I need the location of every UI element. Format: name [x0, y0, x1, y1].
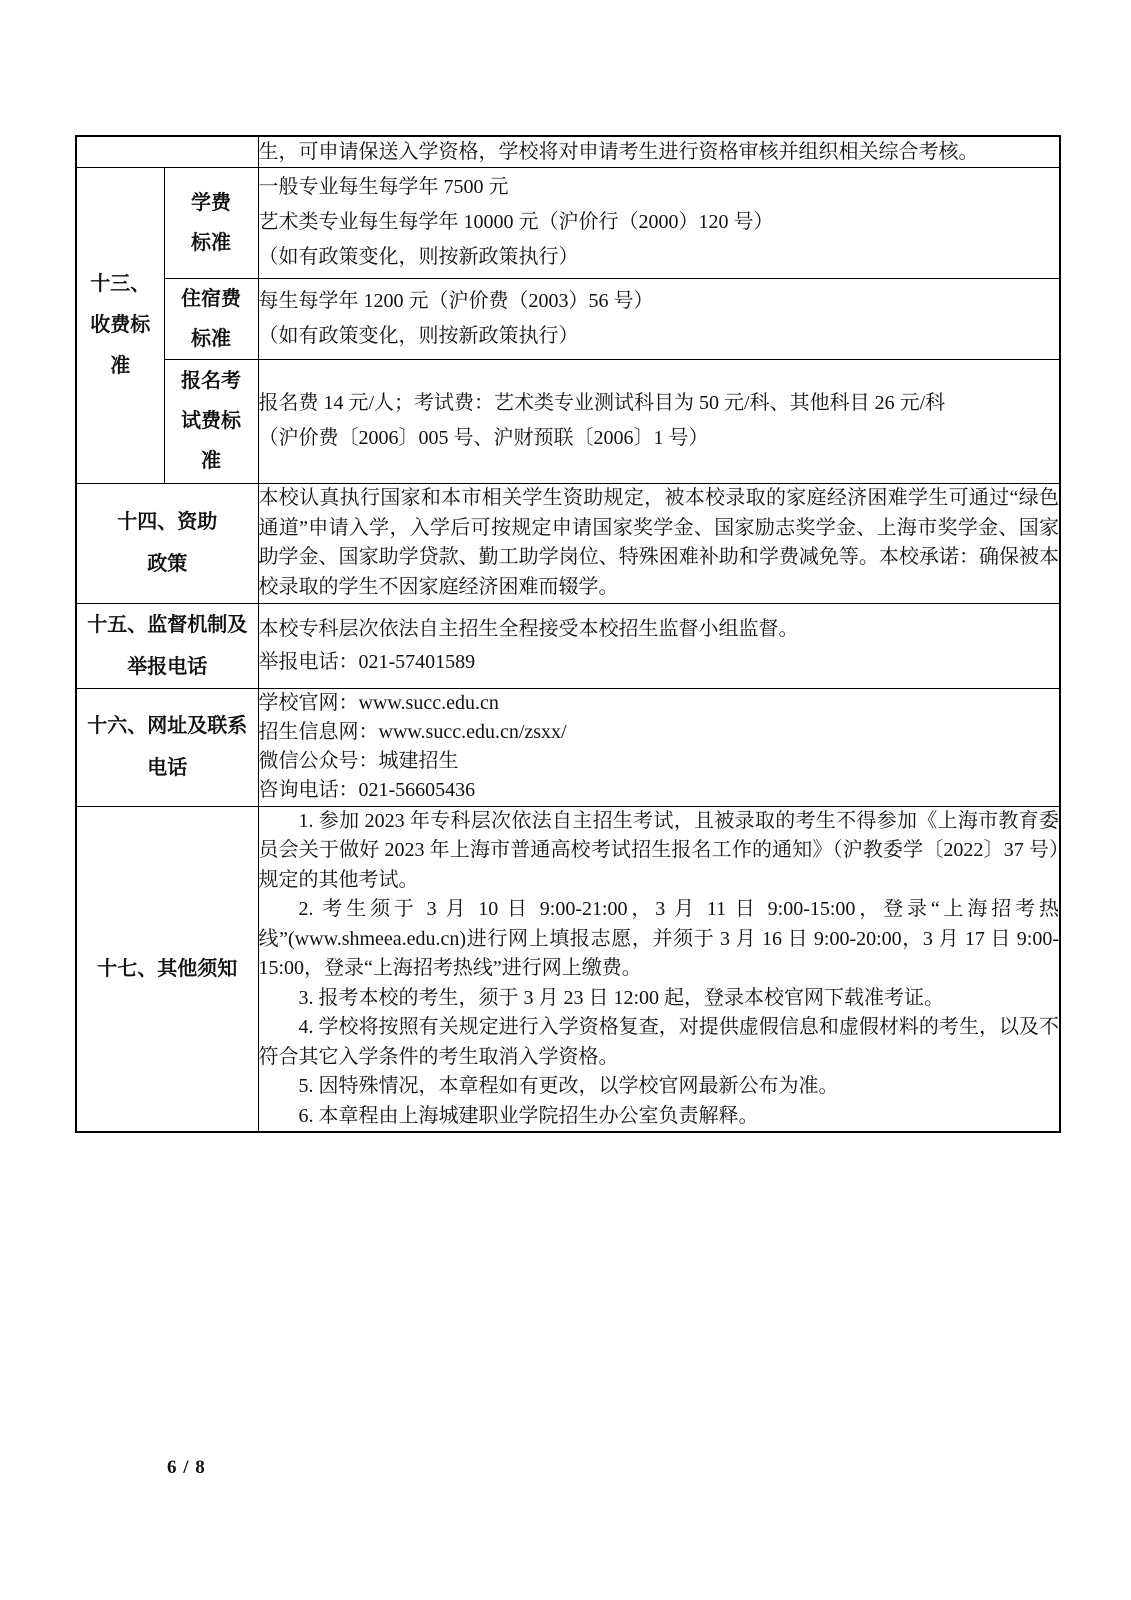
- note-item-1: 1. 参加 2023 年专科层次依法自主招生考试，且被录取的考生不得参加《上海市…: [259, 807, 1060, 896]
- text-line: 举报电话：021-57401589: [259, 646, 1060, 679]
- other-notes-content: 1. 参加 2023 年专科层次依法自主招生考试，且被录取的考生不得参加《上海市…: [258, 806, 1060, 1132]
- exam-fee-content: 报名费 14 元/人；考试费：艺术类专业测试科目为 50 元/科、其他科目 26…: [258, 359, 1060, 483]
- note-item-2: 2. 考生须于 3 月 10 日 9:00-21:00，3 月 11 日 9:0…: [259, 895, 1060, 984]
- table-row-contact: 十六、网址及联系 电话 学校官网：www.succ.edu.cn 招生信息网：w…: [76, 688, 1060, 806]
- dorm-fee-content: 每生每学年 1200 元（沪价费（2003）56 号） （如有政策变化，则按新政…: [258, 278, 1060, 359]
- tuition-content: 一般专业每生每学年 7500 元 艺术类专业每生每学年 10000 元（沪价行（…: [258, 167, 1060, 278]
- text-line: 一般专业每生每学年 7500 元: [259, 170, 1060, 205]
- admission-website-line: 招生信息网：www.succ.edu.cn/zsxx/: [259, 718, 1060, 747]
- aid-policy-content: 本校认真执行国家和本市相关学生资助规定，被本校录取的家庭经济困难学生可通过“绿色…: [258, 483, 1060, 603]
- table-row-dorm-fee: 住宿费 标准 每生每学年 1200 元（沪价费（2003）56 号） （如有政策…: [76, 278, 1060, 359]
- text-line: 艺术类专业每生每学年 10000 元（沪价行（2000）120 号）: [259, 205, 1060, 240]
- section16-header: 十六、网址及联系 电话: [76, 688, 258, 806]
- note-item-4: 4. 学校将按照有关规定进行入学资格复查，对提供虚假信息和虚假材料的考生，以及不…: [259, 1013, 1060, 1072]
- dorm-fee-subheader: 住宿费 标准: [164, 278, 258, 359]
- note-item-3: 3. 报考本校的考生，须于 3 月 23 日 12:00 起，登录本校官网下载准…: [259, 984, 1060, 1014]
- empty-cell: [76, 136, 258, 167]
- table-row-tuition: 十三、 收费标 准 学费 标准 一般专业每生每学年 7500 元 艺术类专业每生…: [76, 167, 1060, 278]
- note-item-6: 6. 本章程由上海城建职业学院招生办公室负责解释。: [259, 1102, 1060, 1132]
- exam-fee-subheader: 报名考 试费标 准: [164, 359, 258, 483]
- section13-header: 十三、 收费标 准: [76, 167, 164, 483]
- text-line: 每生每学年 1200 元（沪价费（2003）56 号）: [259, 284, 1060, 319]
- contact-content: 学校官网：www.succ.edu.cn 招生信息网：www.succ.edu.…: [258, 688, 1060, 806]
- wechat-account-line: 微信公众号：城建招生: [259, 747, 1060, 776]
- tuition-subheader: 学费 标准: [164, 167, 258, 278]
- table-row-supervision: 十五、监督机制及 举报电话 本校专科层次依法自主招生全程接受本校招生监督小组监督…: [76, 603, 1060, 688]
- table-row-other-notes: 十七、其他须知 1. 参加 2023 年专科层次依法自主招生考试，且被录取的考生…: [76, 806, 1060, 1132]
- school-website-line: 学校官网：www.succ.edu.cn: [259, 689, 1060, 718]
- table-row-exam-fee: 报名考 试费标 准 报名费 14 元/人；考试费：艺术类专业测试科目为 50 元…: [76, 359, 1060, 483]
- document-page: 生，可申请保送入学资格，学校将对申请考生进行资格审核并组织相关综合考核。 十三、…: [0, 0, 1131, 1600]
- admission-info-table: 生，可申请保送入学资格，学校将对申请考生进行资格审核并组织相关综合考核。 十三、…: [75, 135, 1061, 1133]
- section17-header: 十七、其他须知: [76, 806, 258, 1132]
- text-line: 报名费 14 元/人；考试费：艺术类专业测试科目为 50 元/科、其他科目 26…: [259, 386, 1060, 421]
- supervision-content: 本校专科层次依法自主招生全程接受本校招生监督小组监督。 举报电话：021-574…: [258, 603, 1060, 688]
- section14-header: 十四、资助 政策: [76, 483, 258, 603]
- table-row-continuation: 生，可申请保送入学资格，学校将对申请考生进行资格审核并组织相关综合考核。: [76, 136, 1060, 167]
- text-paragraph: 本校认真执行国家和本市相关学生资助规定，被本校录取的家庭经济困难学生可通过“绿色…: [259, 484, 1060, 602]
- note-item-5: 5. 因特殊情况，本章程如有更改，以学校官网最新公布为准。: [259, 1072, 1060, 1102]
- section15-header: 十五、监督机制及 举报电话: [76, 603, 258, 688]
- text-line: （沪价费〔2006〕005 号、沪财预联〔2006〕1 号）: [259, 421, 1060, 456]
- text-line: 本校专科层次依法自主招生全程接受本校招生监督小组监督。: [259, 613, 1060, 646]
- phone-line: 咨询电话：021-56605436: [259, 776, 1060, 805]
- page-number: 6 / 8: [167, 1457, 206, 1479]
- table-row-aid-policy: 十四、资助 政策 本校认真执行国家和本市相关学生资助规定，被本校录取的家庭经济困…: [76, 483, 1060, 603]
- continuation-text: 生，可申请保送入学资格，学校将对申请考生进行资格审核并组织相关综合考核。: [258, 136, 1060, 167]
- text-line: （如有政策变化，则按新政策执行）: [259, 240, 1060, 275]
- text-line: （如有政策变化，则按新政策执行）: [259, 319, 1060, 354]
